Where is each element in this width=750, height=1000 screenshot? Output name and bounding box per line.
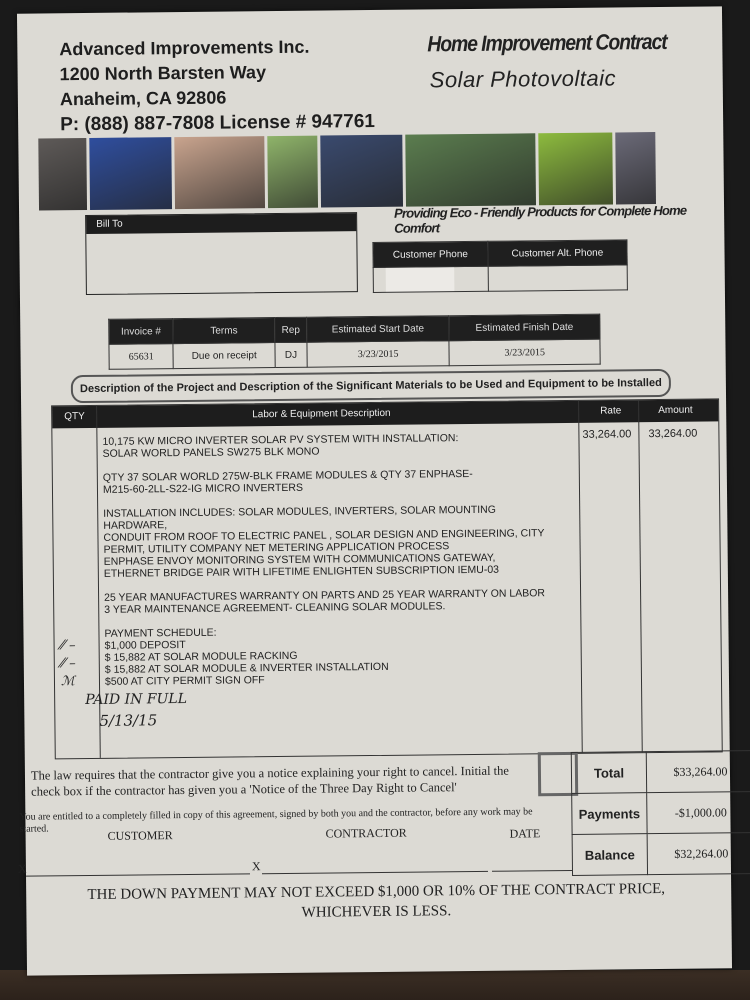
line-item-amount: 33,264.00 (648, 428, 697, 441)
column-divider (638, 400, 643, 752)
description-header: Labor & Equipment Description (252, 408, 391, 420)
description-paragraph: 10,175 kW MICRO INVERTER SOLAR PV SYSTEM… (102, 431, 562, 460)
description-paragraph: PAYMENT SCHEDULE:$1,000 DEPOSIT$ 15,882 … (104, 623, 565, 688)
total-row: Total $33,264.00 (571, 751, 750, 794)
totals-table: Total $33,264.00 Payments -$1,000.00 Bal… (571, 750, 750, 876)
solar-panel-sky-photo (89, 137, 172, 210)
amount-header: Amount (658, 405, 693, 416)
contract-document: Advanced Improvements Inc. 1200 North Ba… (17, 6, 732, 975)
payments-label: Payments (572, 793, 647, 835)
company-block: Advanced Improvements Inc. 1200 North Ba… (59, 34, 375, 137)
solar-house-photo (405, 133, 536, 206)
bill-to-box: Bill To (85, 212, 358, 295)
shower-photo (615, 132, 656, 204)
customer-alt-phone-header: Customer Alt. Phone (488, 240, 628, 266)
terms-value: Due on receipt (173, 343, 275, 369)
company-contact: P: (888) 887-7808 License # 947761 (60, 109, 375, 137)
start-date: 3/23/2015 (307, 341, 450, 367)
description-paragraph: 25 YEAR MANUFACTURES WARRANTY ON PARTS A… (104, 587, 564, 616)
handwritten-initials-mark: ⁄⁄ – (61, 656, 76, 671)
rep-header: Rep (275, 317, 307, 342)
terms-header: Terms (173, 318, 275, 344)
contractor-signature-line[interactable] (262, 871, 488, 874)
company-name: Advanced Improvements Inc. (59, 34, 374, 62)
payments-value: -$1,000.00 (647, 792, 750, 834)
description-paragraph: INSTALLATION INCLUDES: SOLAR MODULES, IN… (103, 503, 564, 580)
contractor-x-mark: X (252, 859, 261, 874)
invoice-number: 65631 (109, 344, 174, 370)
payments-row: Payments -$1,000.00 (572, 792, 750, 835)
date-signature-label: DATE (510, 826, 541, 841)
total-label: Total (571, 752, 646, 794)
copy-entitlement-notice: You are entitled to a completely filled … (19, 806, 559, 836)
line-items-header: QTY Labor & Equipment Description Rate A… (52, 399, 718, 428)
customer-phone-value (373, 266, 488, 292)
bill-to-label: Bill To (86, 213, 356, 234)
finish-date: 3/23/2015 (449, 339, 600, 366)
handwritten-paid-date: 5/13/15 (99, 711, 157, 730)
customer-phone-header: Customer Phone (373, 241, 488, 267)
handwritten-initials-mark: ℳ (61, 674, 75, 689)
contractor-signature-label: CONTRACTOR (326, 826, 407, 842)
down-payment-footer: THE DOWN PAYMENT MAY NOT EXCEED $1,000 O… (46, 879, 706, 926)
column-divider (578, 401, 583, 753)
water-drop-photo (320, 135, 403, 208)
children-photo (174, 136, 265, 209)
customer-phone-table: Customer Phone Customer Alt. Phone (372, 239, 628, 293)
start-date-header: Estimated Start Date (307, 316, 450, 342)
invoice-table: Invoice # Terms Rep Estimated Start Date… (108, 314, 601, 370)
contract-subtitle: Solar Photovoltaic (430, 65, 617, 93)
balance-value: $32,264.00 (647, 833, 750, 875)
finish-date-header: Estimated Finish Date (449, 314, 600, 341)
leaves-photo (267, 136, 318, 209)
handwritten-initials-mark: ⁄⁄ – (61, 638, 76, 653)
company-address-2: Anaheim, CA 92806 (60, 84, 375, 112)
description-banner: Description of the Project and Descripti… (71, 369, 671, 403)
line-item-description: 10,175 kW MICRO INVERTER SOLAR PV SYSTEM… (102, 431, 565, 700)
woman-grass-photo (538, 132, 613, 205)
rate-header: Rate (600, 405, 621, 416)
rep-value: DJ (275, 342, 307, 367)
description-paragraph: QTY 37 SOLAR WORLD 275W-BLK FRAME MODULE… (103, 467, 563, 496)
faucet-photo (38, 138, 87, 210)
customer-x-mark: X (18, 862, 27, 877)
total-value: $33,264.00 (646, 751, 750, 793)
contract-title: Home Improvement Contract (427, 29, 667, 58)
company-address-1: 1200 North Barsten Way (59, 59, 374, 87)
balance-label: Balance (572, 834, 647, 876)
customer-signature-label: CUSTOMER (108, 828, 173, 844)
balance-row: Balance $32,264.00 (572, 833, 750, 876)
invoice-number-header: Invoice # (109, 319, 174, 345)
handwritten-paid-in-full: PAID IN FULL (85, 691, 187, 708)
customer-alt-phone-value (488, 265, 628, 291)
date-signature-line[interactable] (492, 870, 572, 872)
line-item-rate: 33,264.00 (582, 428, 631, 441)
tagline: Providing Eco - Friendly Products for Co… (394, 202, 724, 235)
customer-signature-line[interactable] (26, 873, 250, 876)
photo-strip (38, 132, 681, 211)
line-items-table: QTY Labor & Equipment Description Rate A… (51, 398, 723, 759)
qty-header: QTY (64, 411, 85, 422)
right-to-cancel-notice: The law requires that the contractor giv… (31, 762, 541, 799)
